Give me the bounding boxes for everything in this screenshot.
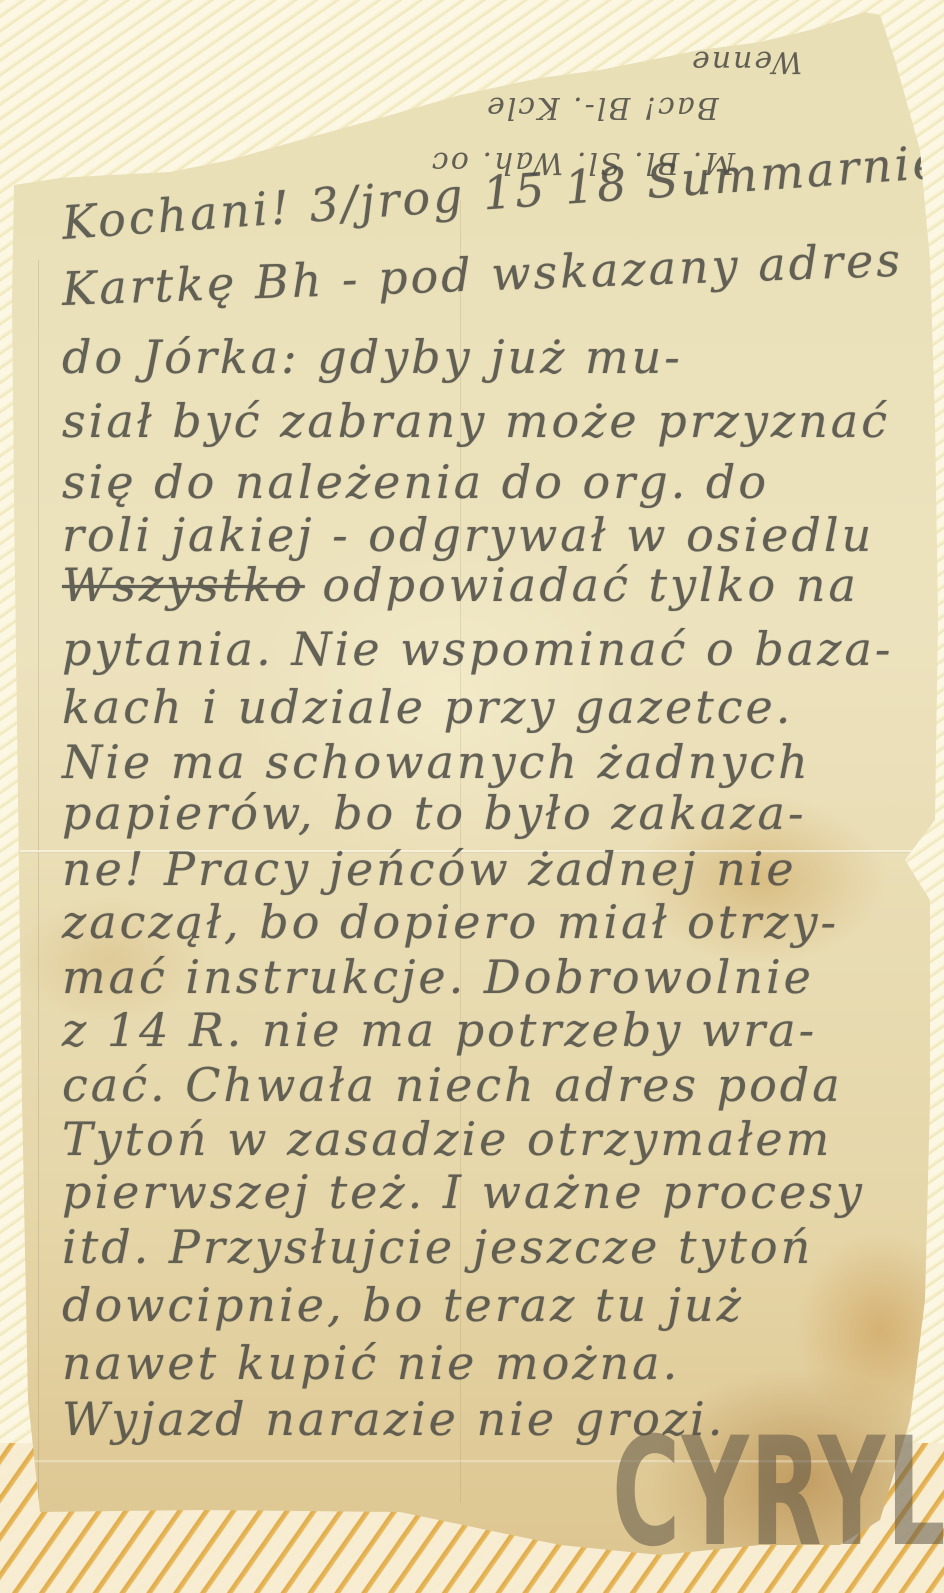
struck-out-word: Wszystko bbox=[62, 558, 305, 612]
letter-line-4: siał być zabrany może przyznać bbox=[62, 394, 890, 448]
letter-line-13: zaczął, bo dopiero miał otrzy- bbox=[62, 895, 839, 949]
upside-down-line-2: Bac! Bl-. Kcle bbox=[485, 90, 719, 125]
letter-line-1: Kochani! 3/jrog 15 18 Summarnie Stugrej bbox=[60, 120, 944, 250]
torn-paper-scrap: Wenne Bac! Bl-. Kcle M. Bl. Sl. Wah. oc … bbox=[0, 0, 944, 1593]
letter-line-20: dowcipnie, bo teraz tu już bbox=[62, 1278, 744, 1332]
letter-line-11: papierów, bo to było zakaza- bbox=[62, 786, 807, 840]
letter-line-2: Kartkę Bh - pod wskazany adres bbox=[61, 233, 904, 316]
letter-line-14: mać instrukcje. Dobrowolnie bbox=[62, 950, 814, 1004]
letter-line-17: Tytoń w zasadzie otrzymałem bbox=[62, 1112, 832, 1166]
upside-down-line-1: Wenne bbox=[690, 44, 803, 79]
letter-line-8: pytania. Nie wspominać o baza- bbox=[62, 622, 893, 676]
letter-line-15: z 14 R. nie ma potrzeby wra- bbox=[62, 1003, 817, 1057]
letter-line-5: się do należenia do org. do bbox=[62, 455, 769, 509]
letter-line-18: pierwszej też. I ważne procesy bbox=[62, 1165, 865, 1219]
letter-line-7-text: odpowiadać tylko na bbox=[322, 558, 858, 612]
cyryl-watermark: CYRYL bbox=[612, 1418, 944, 1568]
letter-line-21: nawet kupić nie można. bbox=[62, 1336, 680, 1390]
letter-line-7: Wszystko odpowiadać tylko na bbox=[62, 558, 859, 612]
letter-line-6: roli jakiej - odgrywał w osiedlu bbox=[62, 508, 874, 562]
letter-line-19: itd. Przysłujcie jeszcze tytoń bbox=[62, 1220, 813, 1274]
letter-line-10: Nie ma schowanych żadnych bbox=[62, 735, 811, 789]
letter-line-3: do Jórka: gdyby już mu- bbox=[62, 330, 683, 384]
left-margin-fold bbox=[38, 260, 39, 1500]
letter-line-16: cać. Chwała niech adres poda bbox=[62, 1058, 843, 1112]
letter-line-9: kach i udziale przy gazetce. bbox=[62, 680, 793, 734]
letter-line-12: ne! Pracy jeńców żadnej nie bbox=[62, 842, 797, 896]
